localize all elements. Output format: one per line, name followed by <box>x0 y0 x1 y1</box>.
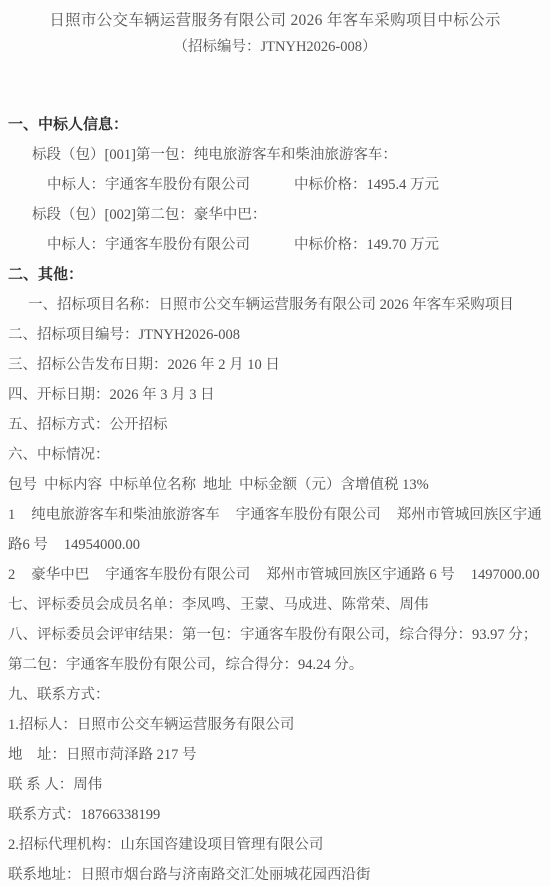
row1-company: 宇通客车股份有限公司 <box>236 507 381 523</box>
section-others-heading: 二、其他： <box>8 260 542 290</box>
document-title: 日照市公交车辆运营服务有限公司 2026 年客车采购项目中标公示 <box>8 8 542 34</box>
contact-person-line: 联 系 人：周伟 <box>8 770 542 800</box>
row1-amount: 14954000.00 <box>64 537 140 553</box>
lot-001-winner: 中标人：宇通客车股份有限公司 <box>47 177 250 193</box>
header-address: 地址 <box>203 477 232 493</box>
review-result-line: 八、评标委员会评审结果：第一包：宇通客车股份有限公司，综合得分：93.97 分；… <box>8 620 542 680</box>
agency-address-line: 联系地址：日照市烟台路与济南路交汇处丽城花园西沿街 <box>8 860 542 886</box>
row1-package-no: 1 <box>8 507 15 523</box>
lot-002-price: 中标价格：149.70 万元 <box>294 237 439 253</box>
award-table-row: 2豪华中巴宇通客车股份有限公司郑州市管城回族区宇通路 6 号1497000.00 <box>8 560 542 590</box>
header-package-no: 包号 <box>8 477 37 493</box>
announcement-date-line: 三、招标公告发布日期：2026 年 2 月 10 日 <box>8 350 542 380</box>
tender-method-line: 五、招标方式：公开招标 <box>8 410 542 440</box>
award-situation-heading: 六、中标情况： <box>8 440 542 470</box>
row1-content: 纯电旅游客车和柴油旅游客车 <box>31 507 220 523</box>
header-content: 中标内容 <box>44 477 102 493</box>
lot-002-winner-line: 中标人：宇通客车股份有限公司中标价格：149.70 万元 <box>8 230 542 260</box>
contact-phone-line: 联系方式：18766338199 <box>8 800 542 830</box>
bid-number-line: （招标编号：JTNYH2026-008） <box>8 34 542 60</box>
tenderer-address-line: 地 址：日照市菏泽路 217 号 <box>8 740 542 770</box>
announcement-document: 日照市公交车辆运营服务有限公司 2026 年客车采购项目中标公示 （招标编号：J… <box>0 0 550 886</box>
project-name-line: 一、招标项目名称：日照市公交车辆运营服务有限公司 2026 年客车采购项目 <box>8 290 542 320</box>
lot-001-line: 标段（包）[001]第一包：纯电旅游客车和柴油旅游客车： <box>8 140 542 170</box>
row2-address: 郑州市管城回族区宇通路 6 号 <box>266 567 455 583</box>
bid-opening-date-line: 四、开标日期：2026 年 3 月 3 日 <box>8 380 542 410</box>
lot-001-price: 中标价格：1495.4 万元 <box>294 177 439 193</box>
lot-002-line: 标段（包）[002]第二包：豪华中巴： <box>8 200 542 230</box>
lot-002-winner: 中标人：宇通客车股份有限公司 <box>47 237 250 253</box>
row2-package-no: 2 <box>8 567 15 583</box>
award-table-header: 包号中标内容中标单位名称地址中标金额（元）含增值税 13% <box>8 470 542 500</box>
contact-section-heading: 九、联系方式： <box>8 680 542 710</box>
tenderer-line: 1.招标人：日照市公交车辆运营服务有限公司 <box>8 710 542 740</box>
row2-company: 宇通客车股份有限公司 <box>105 567 250 583</box>
lot-001-winner-line: 中标人：宇通客车股份有限公司中标价格：1495.4 万元 <box>8 170 542 200</box>
header-company: 中标单位名称 <box>109 477 196 493</box>
row2-amount: 1497000.00 <box>471 567 540 583</box>
section-winner-info-heading: 一、中标人信息： <box>8 110 542 140</box>
committee-members-line: 七、评标委员会成员名单：李凤鸣、王蒙、马成进、陈常荣、周伟 <box>8 590 542 620</box>
row2-content: 豪华中巴 <box>31 567 89 583</box>
agency-line: 2.招标代理机构：山东国咨建设项目管理有限公司 <box>8 830 542 860</box>
award-table-row: 1纯电旅游客车和柴油旅游客车宇通客车股份有限公司郑州市管城回族区宇通路6 号14… <box>8 500 542 560</box>
header-amount: 中标金额（元）含增值税 13% <box>239 477 429 493</box>
project-number-line: 二、招标项目编号：JTNYH2026-008 <box>8 320 542 350</box>
